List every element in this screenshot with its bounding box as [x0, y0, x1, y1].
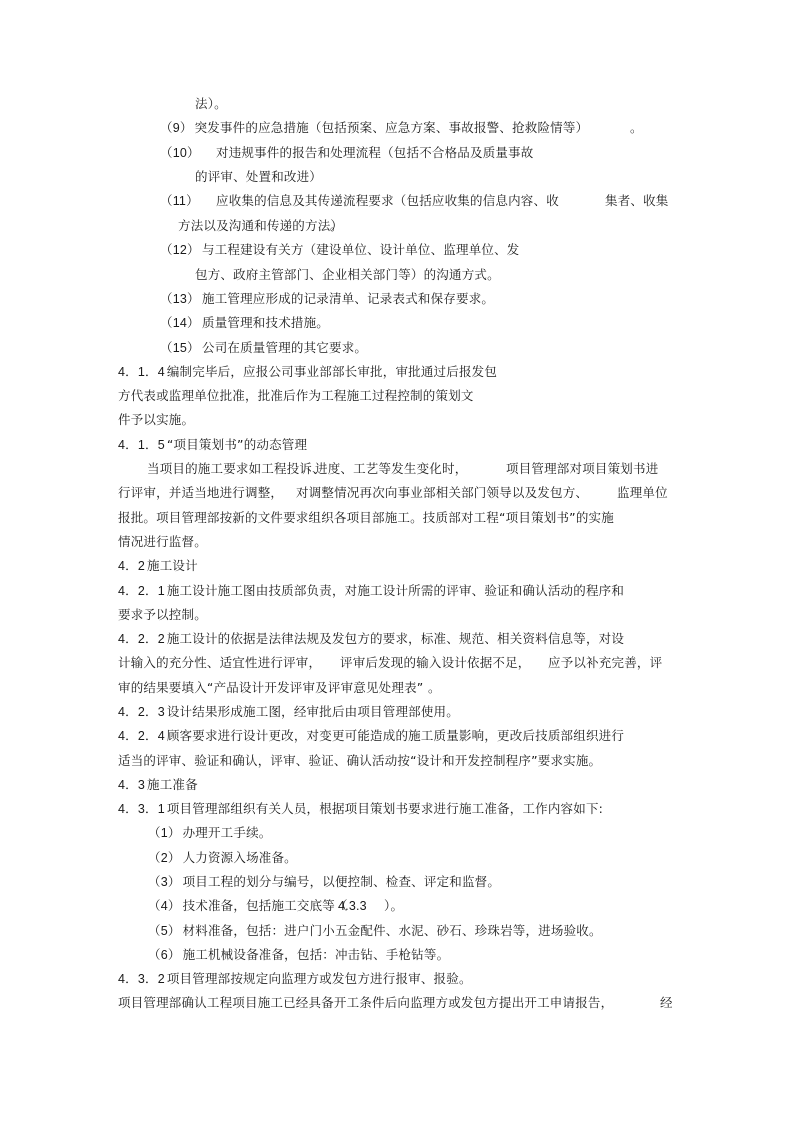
- paragraph-text: 施工机械设备准备，包括：冲击钻、手枪钻等。: [183, 947, 450, 963]
- item-number: （9）: [160, 120, 193, 136]
- paragraph-text: 法）。: [195, 96, 227, 112]
- paragraph-text: 设计结果形成施工图，经审批后由项目管理部使用。: [167, 704, 459, 720]
- item-number: 4．2．1: [118, 583, 165, 599]
- item-number: （2）: [148, 850, 181, 866]
- item-number: （6）: [148, 947, 181, 963]
- paragraph-text: 项目管理部确认工程项目施工已经具备开工条件后向监理方或发包方提出开工申请报告，: [118, 995, 613, 1011]
- paragraph-text: 件予以实施。: [118, 412, 194, 428]
- paragraph-text-tail: 集者、收集: [605, 193, 669, 209]
- paragraph-text: 施工设计施工图由技质部负责，对施工设计所需的评审、验证和确认活动的程序和: [167, 583, 624, 599]
- paragraph-text: “项目策划书”的动态管理: [167, 437, 307, 453]
- paragraph-text: 施工设计: [147, 558, 198, 574]
- paragraph-text: 质量管理和技术措施。: [202, 315, 329, 331]
- paragraph-text: 行评审，并适当地进行调整，: [118, 485, 283, 501]
- item-number: 4．1．5: [118, 437, 165, 453]
- paragraph-text: 项目管理部按规定向监理方或发包方进行报审、报验。: [167, 971, 472, 987]
- paragraph-text: 项目管理部组织有关人员，根据项目策划书要求进行施工准备，工作内容如下:: [167, 801, 603, 817]
- paragraph-text: 计输入的充分性、适宜性进行评审，: [118, 655, 321, 671]
- paragraph-text: 施工准备: [147, 777, 198, 793]
- paragraph-text: 编制完毕后，应报公司事业部部长审批，审批通过后报发包: [167, 364, 497, 380]
- paragraph-text: 办理开工手续。: [183, 825, 272, 841]
- paragraph-text: 审的结果要填入“产品设计开发评审及评审意见处理表”: [118, 680, 423, 696]
- paragraph-text: 方代表或监理单位批准，批准后作为工程施工过程控制的策划文: [118, 388, 474, 404]
- paragraph-text: 要求予以控制。: [118, 607, 207, 623]
- item-number: 4．3．2: [118, 971, 165, 987]
- paragraph-text-segment: 进度、工艺等发生变化时，: [315, 461, 467, 477]
- paragraph-text-tail: 应予以补充完善，评: [548, 655, 662, 671]
- item-number: （13）: [160, 291, 200, 307]
- item-number: （14）: [160, 315, 200, 331]
- item-number: 4．3．1: [118, 801, 165, 817]
- paragraph-text: 与工程建设有关方（建设单位、设计单位、监理单位、发: [202, 242, 520, 258]
- paragraph-text-tail: 。: [330, 218, 343, 234]
- paragraph-text: 突发事件的应急措施（包括预案、应急方案、事故报警、抢救险情等）: [195, 120, 589, 136]
- paragraph-text: 施工设计的依据是法律法规及发包方的要求，标准、规范、相关资料信息等，对设: [167, 631, 624, 647]
- item-number: （1）: [148, 825, 181, 841]
- paragraph-text-segment: 评审后发现的输入设计依据不足，: [340, 655, 531, 671]
- paragraph-text-tail: 。: [630, 120, 643, 136]
- paragraph-text-segment: 4.3.3: [338, 898, 367, 914]
- paragraph-text-segment: 对调整情况再次向事业部相关部门领导以及发包方、: [296, 485, 588, 501]
- paragraph-text-tail: 经: [660, 995, 673, 1011]
- item-number: （10）: [160, 145, 200, 161]
- paragraph-text-tail: 。: [428, 680, 441, 696]
- paragraph-text-tail: 项目管理部对项目策划书进: [506, 461, 658, 477]
- paragraph-text: 情况进行监督。: [118, 534, 207, 550]
- paragraph-text-tail: ）。: [384, 898, 403, 914]
- item-number: 4．2．2: [118, 631, 165, 647]
- item-number: 4．2: [118, 558, 145, 574]
- paragraph-text: 公司在质量管理的其它要求。: [202, 340, 367, 356]
- paragraph-text: 报批。项目管理部按新的文件要求组织各项目部施工。技质部对工程“项目策划书”的实施: [118, 510, 614, 526]
- paragraph-text: 材料准备，包括：进户门小五金配件、水泥、砂石、珍珠岩等，进场验收。: [183, 923, 602, 939]
- document-page: 法）。（9）突发事件的应急措施（包括预案、应急方案、事故报警、抢救险情等）。（1…: [0, 0, 792, 1122]
- paragraph-text: 人力资源入场准备。: [183, 850, 297, 866]
- item-number: （3）: [148, 874, 181, 890]
- paragraph-text-tail: 监理单位: [617, 485, 668, 501]
- item-number: （11）: [160, 193, 199, 209]
- item-number: （5）: [148, 923, 181, 939]
- item-number: （15）: [160, 340, 200, 356]
- item-number: 4．2．3: [118, 704, 165, 720]
- paragraph-text: 施工管理应形成的记录清单、记录表式和保存要求。: [202, 291, 494, 307]
- paragraph-text: 的评审、处置和改进）: [195, 169, 322, 185]
- paragraph-text: 顾客要求进行设计更改，对变更可能造成的施工质量影响，更改后技质部组织进行: [167, 728, 624, 744]
- paragraph-text: 技术准备，包括施工交底等（: [183, 898, 348, 914]
- item-number: 4．2．4: [118, 728, 165, 744]
- item-number: 4．1．4: [118, 364, 165, 380]
- paragraph-text: 适当的评审、验证和确认，评审、验证、确认活动按“设计和开发控制程序”要求实施。: [118, 753, 601, 769]
- paragraph-text: 方法以及沟通和传递的方法）: [178, 218, 343, 234]
- item-number: 4．3: [118, 777, 145, 793]
- paragraph-text: 项目工程的划分与编号，以便控制、检查、评定和监督。: [183, 874, 501, 890]
- item-number: （4）: [148, 898, 181, 914]
- paragraph-text: 对违规事件的报告和处理流程（包括不合格品及质量事故: [216, 145, 534, 161]
- paragraph-text: 当项目的施工要求如工程投诉、: [147, 461, 325, 477]
- item-number: （12）: [160, 242, 200, 258]
- paragraph-text: 应收集的信息及其传递流程要求（包括应收集的信息内容、收: [216, 193, 559, 209]
- paragraph-text: 包方、政府主管部门、企业相关部门等）的沟通方式。: [195, 267, 500, 283]
